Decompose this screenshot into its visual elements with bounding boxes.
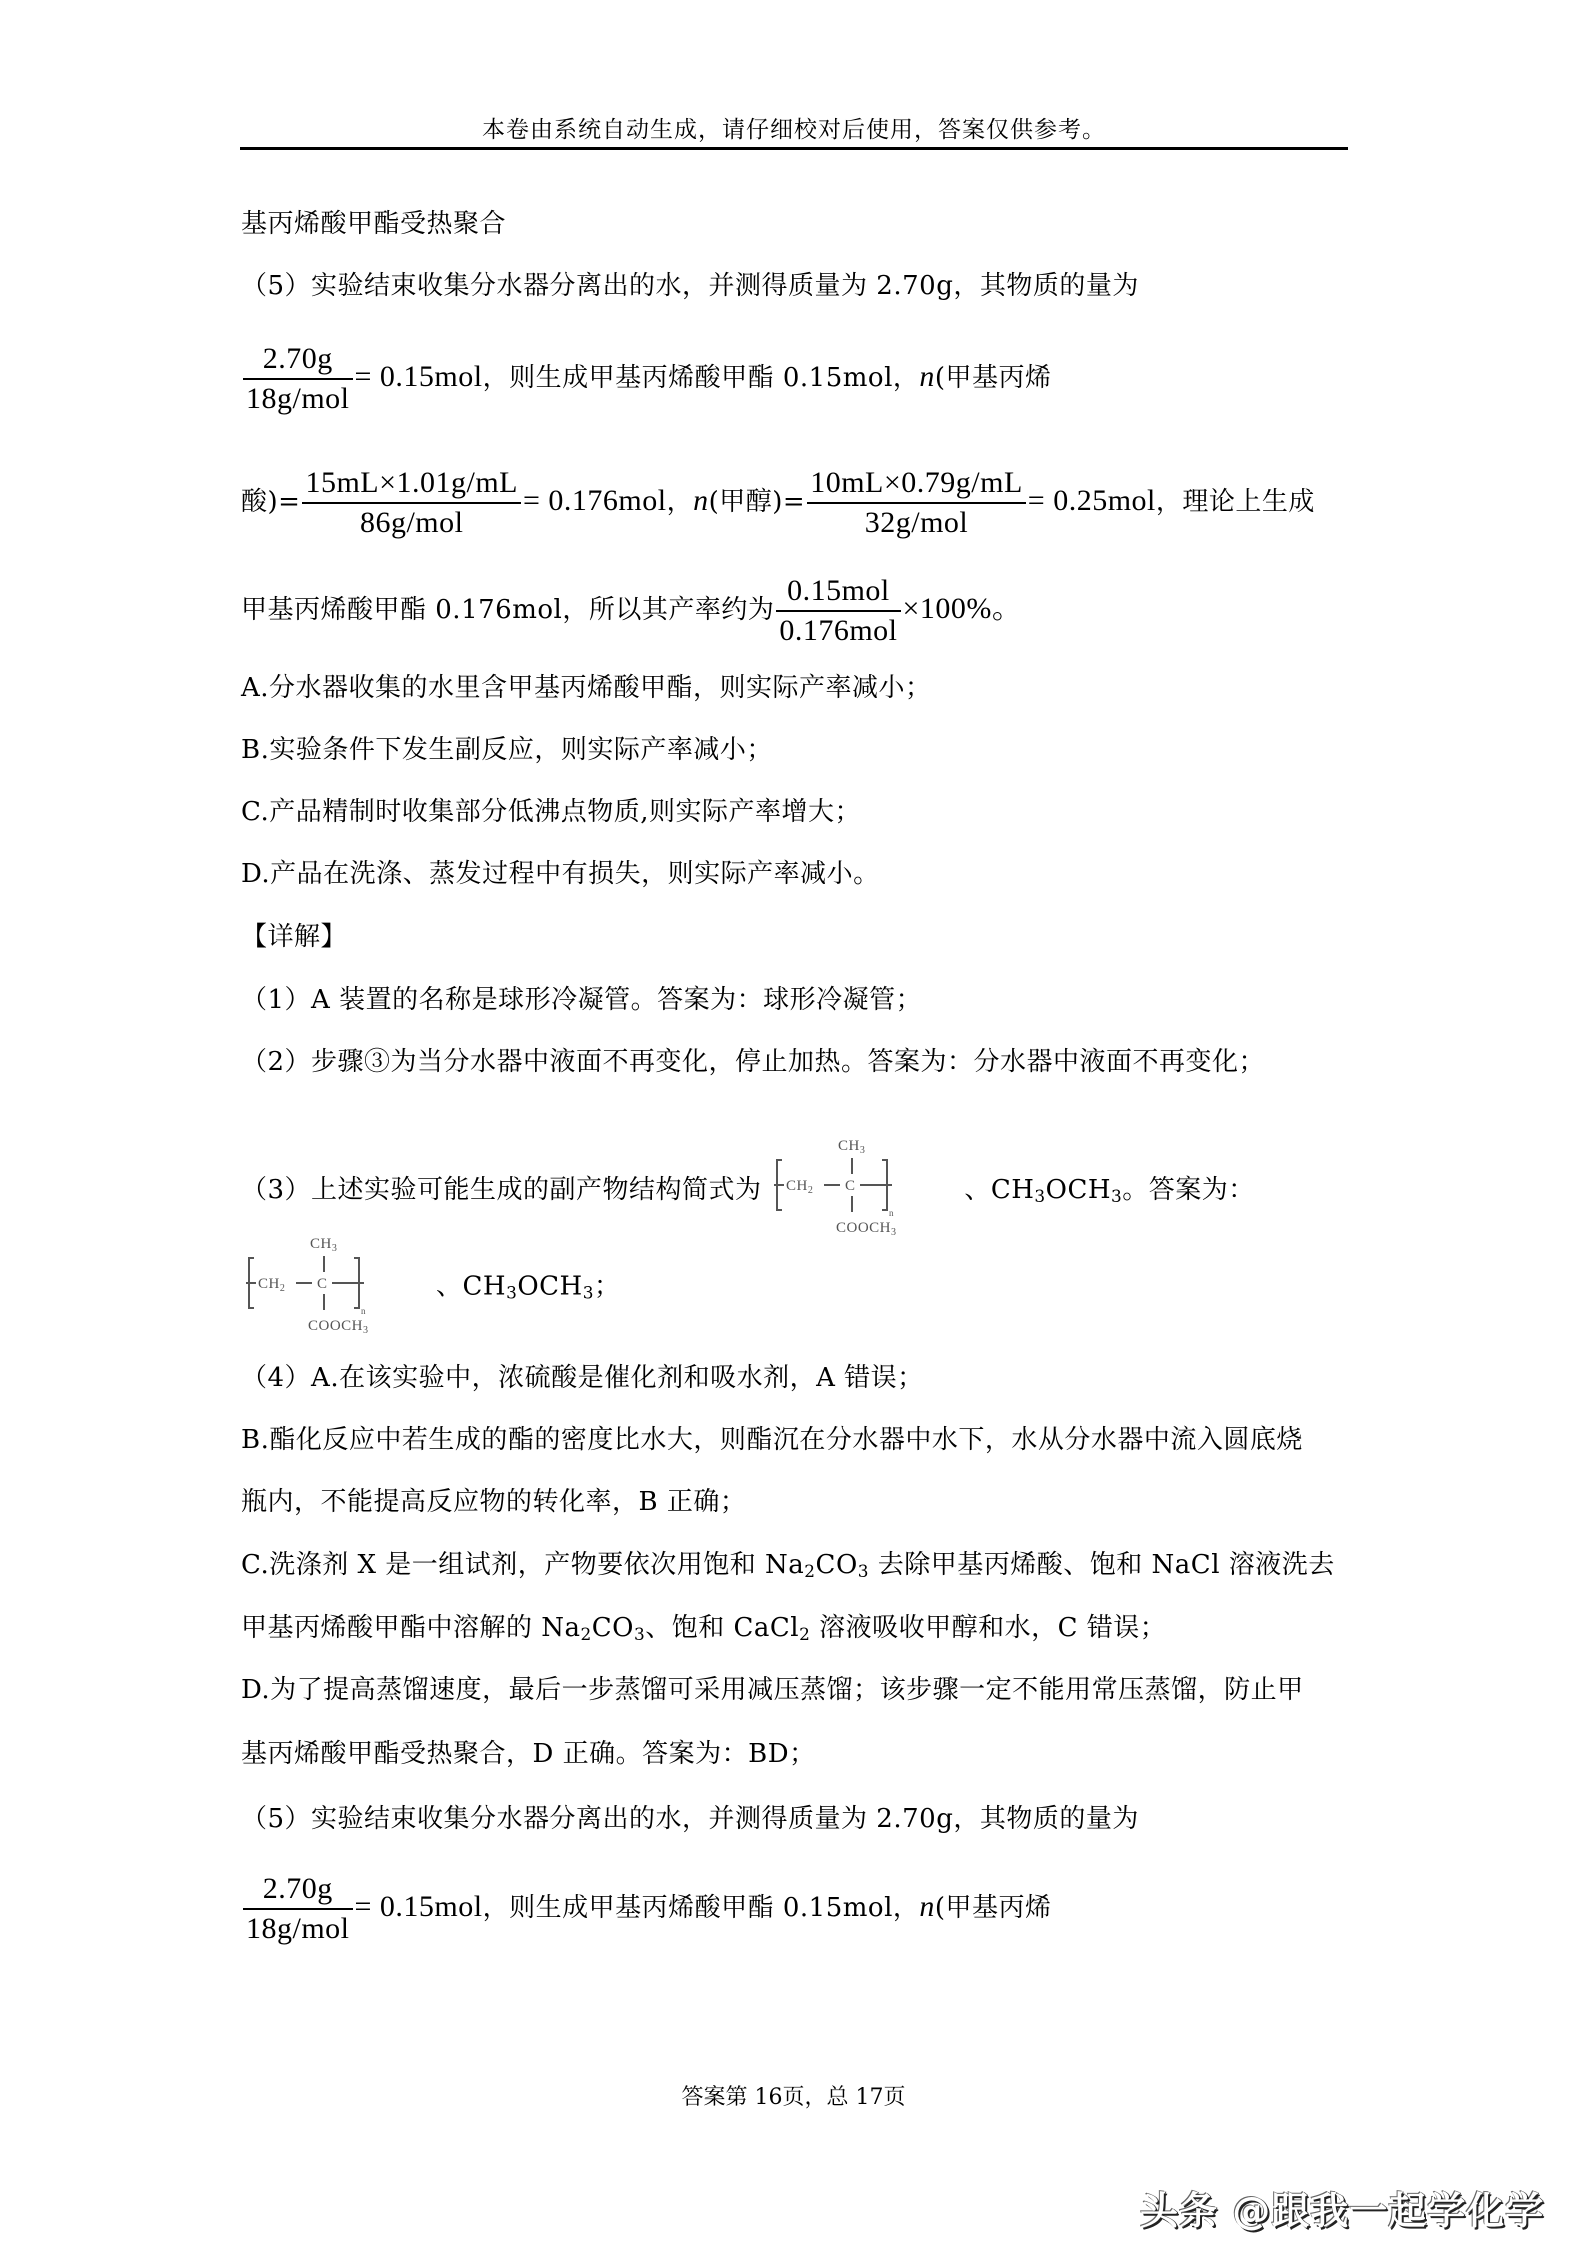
fraction-numerator: 2.70g bbox=[260, 340, 336, 378]
fraction: 2.70g 18g/mol bbox=[243, 340, 353, 418]
page-footer: 答案第 16页，总 17页 bbox=[0, 2083, 1587, 2113]
text-run: (甲醇)= bbox=[709, 487, 806, 517]
detail-heading: 【详解】 bbox=[241, 920, 347, 954]
text-run: （3）上述实验可能生成的副产物结构简式为 bbox=[241, 1175, 762, 1205]
svg-text:C: C bbox=[317, 1276, 328, 1292]
subscript: 3 bbox=[634, 1624, 645, 1644]
text-run: OCH bbox=[1046, 1175, 1111, 1205]
answer-q4-a: （4）A.在该实验中，浓硫酸是催化剂和吸水剂，A 错误； bbox=[241, 1361, 924, 1395]
fraction-numerator: 15mL×1.01g/mL bbox=[302, 464, 521, 502]
text-line: 基丙烯酸甲酯受热聚合 bbox=[241, 207, 506, 241]
fraction: 15mL×1.01g/mL 86g/mol bbox=[302, 464, 521, 542]
svg-text:CH2: CH2 bbox=[786, 1178, 813, 1196]
fraction-denominator: 18g/mol bbox=[243, 380, 353, 418]
fraction-numerator: 0.15mol bbox=[784, 572, 893, 610]
answer-q1: （1）A 装置的名称是球形冷凝管。答案为：球形冷凝管； bbox=[241, 983, 922, 1017]
answer-q4-c-cont: 甲基丙烯酸甲酯中溶解的 Na2CO3、饱和 CaCl2 溶液吸收甲醇和水，C 错… bbox=[241, 1611, 1166, 1645]
subscript: 3 bbox=[583, 1283, 594, 1303]
fraction-denominator: 32g/mol bbox=[862, 504, 972, 542]
text-run: 。答案为： bbox=[1122, 1175, 1255, 1205]
text-run: 、CH bbox=[436, 1272, 506, 1302]
formula-line: 酸)= 15mL×1.01g/mL 86g/mol = 0.176mol，n(甲… bbox=[241, 464, 1315, 542]
svg-text:COOCH3: COOCH3 bbox=[308, 1318, 369, 1336]
fraction-denominator: 18g/mol bbox=[243, 1910, 353, 1948]
text-run: 去除甲基丙烯酸、饱和 NaCl 溶液洗去 bbox=[869, 1550, 1335, 1580]
pmma-structure-icon: CH3 CH2 C n COOCH3 bbox=[774, 1130, 904, 1240]
text-run: 甲基丙烯酸甲酯中溶解的 Na bbox=[241, 1613, 581, 1643]
svg-text:COOCH3: COOCH3 bbox=[836, 1220, 897, 1238]
equation-result: = 0.15mol bbox=[355, 1890, 483, 1923]
svg-text:CH2: CH2 bbox=[258, 1276, 285, 1294]
text-run: 甲基丙烯酸甲酯 0.176mol，所以其产率约为 bbox=[241, 595, 774, 625]
subscript: 2 bbox=[804, 1561, 815, 1581]
subscript: 2 bbox=[799, 1624, 810, 1644]
text-run: ，理论上生成 bbox=[1156, 487, 1315, 517]
text-run: 、饱和 CaCl bbox=[645, 1613, 799, 1643]
fraction-numerator: 2.70g bbox=[260, 1870, 336, 1908]
text-run: 溶液吸收甲醇和水，C 错误； bbox=[810, 1613, 1166, 1643]
fraction-denominator: 86g/mol bbox=[357, 504, 467, 542]
text-run: ，则生成甲基丙烯酸甲酯 0.15mol， bbox=[483, 363, 920, 393]
fraction: 10mL×0.79g/mL 32g/mol bbox=[807, 464, 1026, 542]
pmma-structure-icon: CH3 CH2 C n COOCH3 bbox=[246, 1228, 376, 1338]
option-a: A.分水器收集的水里含甲基丙烯酸甲酯，则实际产率减小； bbox=[241, 671, 932, 705]
document-page: 本卷由系统自动生成，请仔细校对后使用，答案仅供参考。 基丙烯酸甲酯受热聚合 （5… bbox=[0, 0, 1587, 2245]
watermark: 头条 @跟我一起学化学 bbox=[1140, 2180, 1544, 2235]
equation-result: = 0.25mol bbox=[1028, 484, 1156, 517]
variable-n: n bbox=[693, 484, 709, 517]
text-run: CO bbox=[592, 1613, 634, 1643]
variable-n: n bbox=[919, 1890, 935, 1923]
fraction: 0.15mol 0.176mol bbox=[776, 572, 900, 650]
text-run: 酸)= bbox=[241, 487, 300, 517]
text-line: （5）实验结束收集分水器分离出的水，并测得质量为 2.70g，其物质的量为 bbox=[241, 269, 1139, 303]
option-c: C.产品精制时收集部分低沸点物质,则实际产率增大； bbox=[241, 795, 861, 829]
svg-text:n: n bbox=[889, 1208, 894, 1218]
answer-q2: （2）步骤③为当分水器中液面不再变化，停止加热。答案为：分水器中液面不再变化； bbox=[241, 1045, 1265, 1079]
answer-q4-d: D.为了提高蒸馏速度，最后一步蒸馏可采用减压蒸馏；该步骤一定不能用常压蒸馏，防止… bbox=[241, 1673, 1304, 1707]
text-run: (甲基丙烯 bbox=[935, 363, 1052, 393]
fraction-numerator: 10mL×0.79g/mL bbox=[807, 464, 1026, 502]
option-d: D.产品在洗涤、蒸发过程中有损失，则实际产率减小。 bbox=[241, 857, 880, 891]
text-run: (甲基丙烯 bbox=[935, 1893, 1052, 1923]
text-run: C.洗涤剂 X 是一组试剂，产物要依次用饱和 Na bbox=[241, 1550, 804, 1580]
fraction: 2.70g 18g/mol bbox=[243, 1870, 353, 1948]
text-run: ，则生成甲基丙烯酸甲酯 0.15mol， bbox=[483, 1893, 920, 1923]
answer-q4-c: C.洗涤剂 X 是一组试剂，产物要依次用饱和 Na2CO3 去除甲基丙烯酸、饱和… bbox=[241, 1548, 1335, 1582]
subscript: 3 bbox=[858, 1561, 869, 1581]
text-run: ， bbox=[667, 487, 694, 517]
polymer-structure: CH3 CH2 C n COOCH3 bbox=[774, 1130, 904, 1249]
polymer-structure: CH3 CH2 C n COOCH3 bbox=[246, 1228, 376, 1347]
text-run: ×100%。 bbox=[903, 592, 1023, 625]
text-run: CO bbox=[816, 1550, 858, 1580]
subscript: 3 bbox=[1034, 1186, 1045, 1206]
equation-result: = 0.15mol bbox=[355, 360, 483, 393]
answer-q5: （5）实验结束收集分水器分离出的水，并测得质量为 2.70g，其物质的量为 bbox=[241, 1802, 1139, 1836]
variable-n: n bbox=[919, 360, 935, 393]
answer-q3-structure: CH3 CH2 C n COOCH3 、CH3OCH3； bbox=[246, 1228, 620, 1347]
text-run: ； bbox=[594, 1272, 621, 1302]
subscript: 2 bbox=[581, 1624, 592, 1644]
answer-q4-b-cont: 瓶内，不能提高反应物的转化率，B 正确； bbox=[241, 1485, 746, 1519]
subscript: 3 bbox=[1111, 1186, 1122, 1206]
header-notice: 本卷由系统自动生成，请仔细校对后使用，答案仅供参考。 bbox=[240, 114, 1348, 146]
answer-q4-b: B.酯化反应中若生成的酯的密度比水大，则酯沉在分水器中水下，水从分水器中流入圆底… bbox=[241, 1423, 1303, 1457]
formula-line: 2.70g 18g/mol = 0.15mol，则生成甲基丙烯酸甲酯 0.15m… bbox=[241, 1870, 1052, 1948]
equation-result: = 0.176mol bbox=[523, 484, 667, 517]
svg-text:n: n bbox=[361, 1306, 366, 1316]
svg-text:CH3: CH3 bbox=[310, 1236, 337, 1254]
answer-q4-d-cont: 基丙烯酸甲酯受热聚合，D 正确。答案为：BD； bbox=[241, 1737, 816, 1771]
svg-text:C: C bbox=[845, 1178, 856, 1194]
fraction-denominator: 0.176mol bbox=[776, 612, 900, 650]
svg-text:CH3: CH3 bbox=[838, 1138, 865, 1156]
option-b: B.实验条件下发生副反应，则实际产率减小； bbox=[241, 733, 773, 767]
formula-line: 甲基丙烯酸甲酯 0.176mol，所以其产率约为 0.15mol 0.176mo… bbox=[241, 572, 1022, 650]
formula-line: 2.70g 18g/mol = 0.15mol，则生成甲基丙烯酸甲酯 0.15m… bbox=[241, 340, 1052, 418]
text-run: 、CH bbox=[964, 1175, 1034, 1205]
subscript: 3 bbox=[506, 1283, 517, 1303]
text-run: OCH bbox=[517, 1272, 582, 1302]
header-rule bbox=[240, 147, 1348, 150]
